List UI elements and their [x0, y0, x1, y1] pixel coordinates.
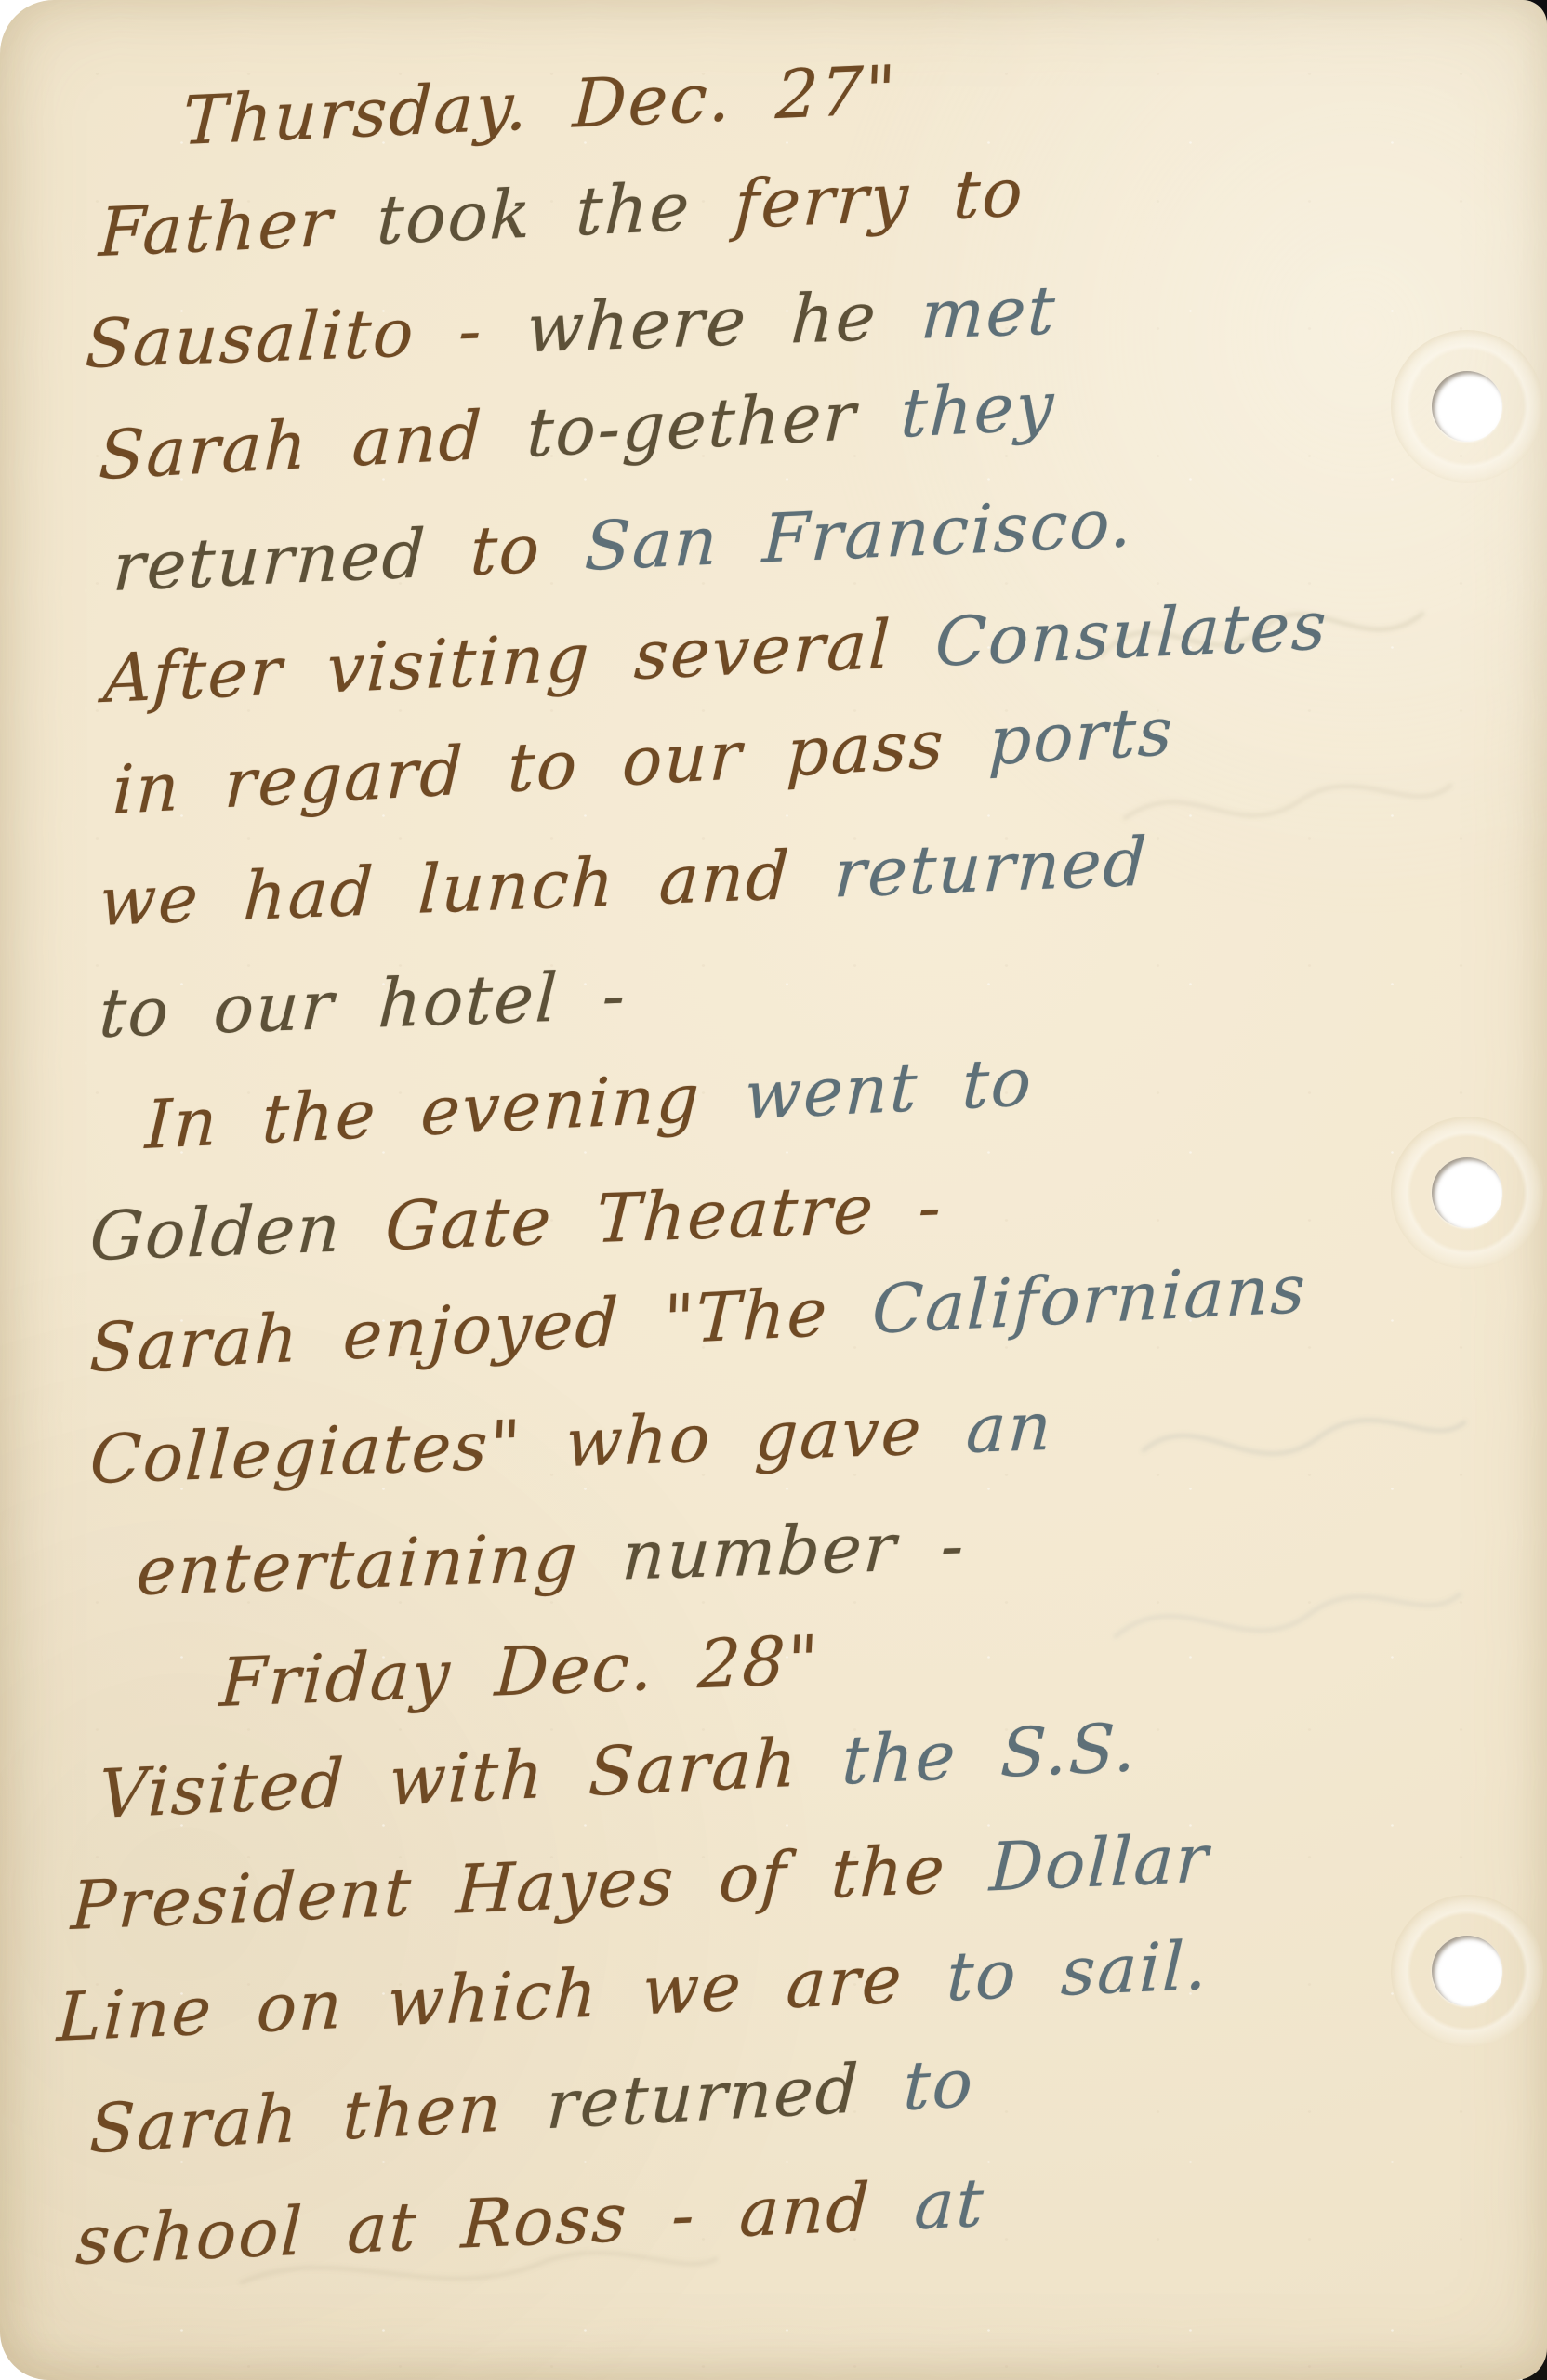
handwriting-segment: returned: [112, 512, 472, 606]
handwriting-segment: Golden: [88, 1187, 388, 1276]
handwriting-segment: Sarah then: [88, 2066, 548, 2168]
handwriting-segment: entertaining: [135, 1516, 625, 1610]
handwriting-segment: to: [902, 2043, 975, 2125]
handwriting-segment: Visited with Sarah: [98, 1721, 844, 1833]
handwriting-segment: we had lunch and: [98, 834, 837, 941]
handwriting-segment: where he: [524, 275, 923, 367]
handwriting-segment: In the evening: [144, 1056, 747, 1164]
handwriting-segment: Consulates: [933, 586, 1329, 681]
handwriting-segment: Gate Theatre -: [383, 1168, 945, 1265]
handwriting-segment: ferry to: [733, 152, 1025, 244]
handwriting-segment: Friday Dec. 28": [218, 1620, 822, 1722]
handwriting-segment: Dollar: [988, 1818, 1211, 1906]
handwriting-segment: they: [899, 366, 1056, 453]
handwriting-segment: at: [913, 2163, 987, 2244]
handwriting-segment: San Francisco.: [583, 483, 1135, 586]
handwriting-segment: number -: [620, 1506, 968, 1595]
handwriting-segment: to sail.: [945, 1926, 1210, 2016]
handwriting-segment: Sarah enjoyed "The: [88, 1271, 874, 1387]
handwriting-segment: to our hotel -: [98, 956, 629, 1052]
handwriting-segment: took the: [376, 165, 736, 259]
handwriting-segment: Sausalito -: [84, 289, 529, 383]
handwriting-segment: an: [964, 1387, 1055, 1468]
diary-page: Thursday. Dec. 27"Father took the ferry …: [0, 0, 1547, 2380]
handwriting-segment: returned: [832, 822, 1150, 912]
handwriting-segment: to-gether: [525, 375, 902, 472]
handwriting-segment: the S.S.: [840, 1708, 1139, 1800]
handwriting-segment: returned: [545, 2047, 905, 2144]
handwriting-segment: Californians: [871, 1249, 1309, 1349]
handwriting-segment: met: [919, 271, 1058, 353]
handwriting-segment: Sarah and: [98, 394, 528, 495]
scan-canvas: Thursday. Dec. 27"Father took the ferry …: [0, 0, 1547, 2380]
handwriting-segment: Collegiates" who gave: [88, 1390, 969, 1499]
handwriting-segment: school at Ross - and: [74, 2166, 917, 2280]
handwriting-segment: Thursday. Dec. 27": [181, 50, 899, 160]
handwriting-segment: went to: [743, 1042, 1035, 1134]
handwriting-segment: to: [469, 508, 587, 591]
handwriting-segment: ports: [987, 692, 1175, 780]
handwriting-text: Thursday. Dec. 27"Father took the ferry …: [0, 0, 1547, 2380]
handwriting-segment: Father: [98, 181, 379, 271]
